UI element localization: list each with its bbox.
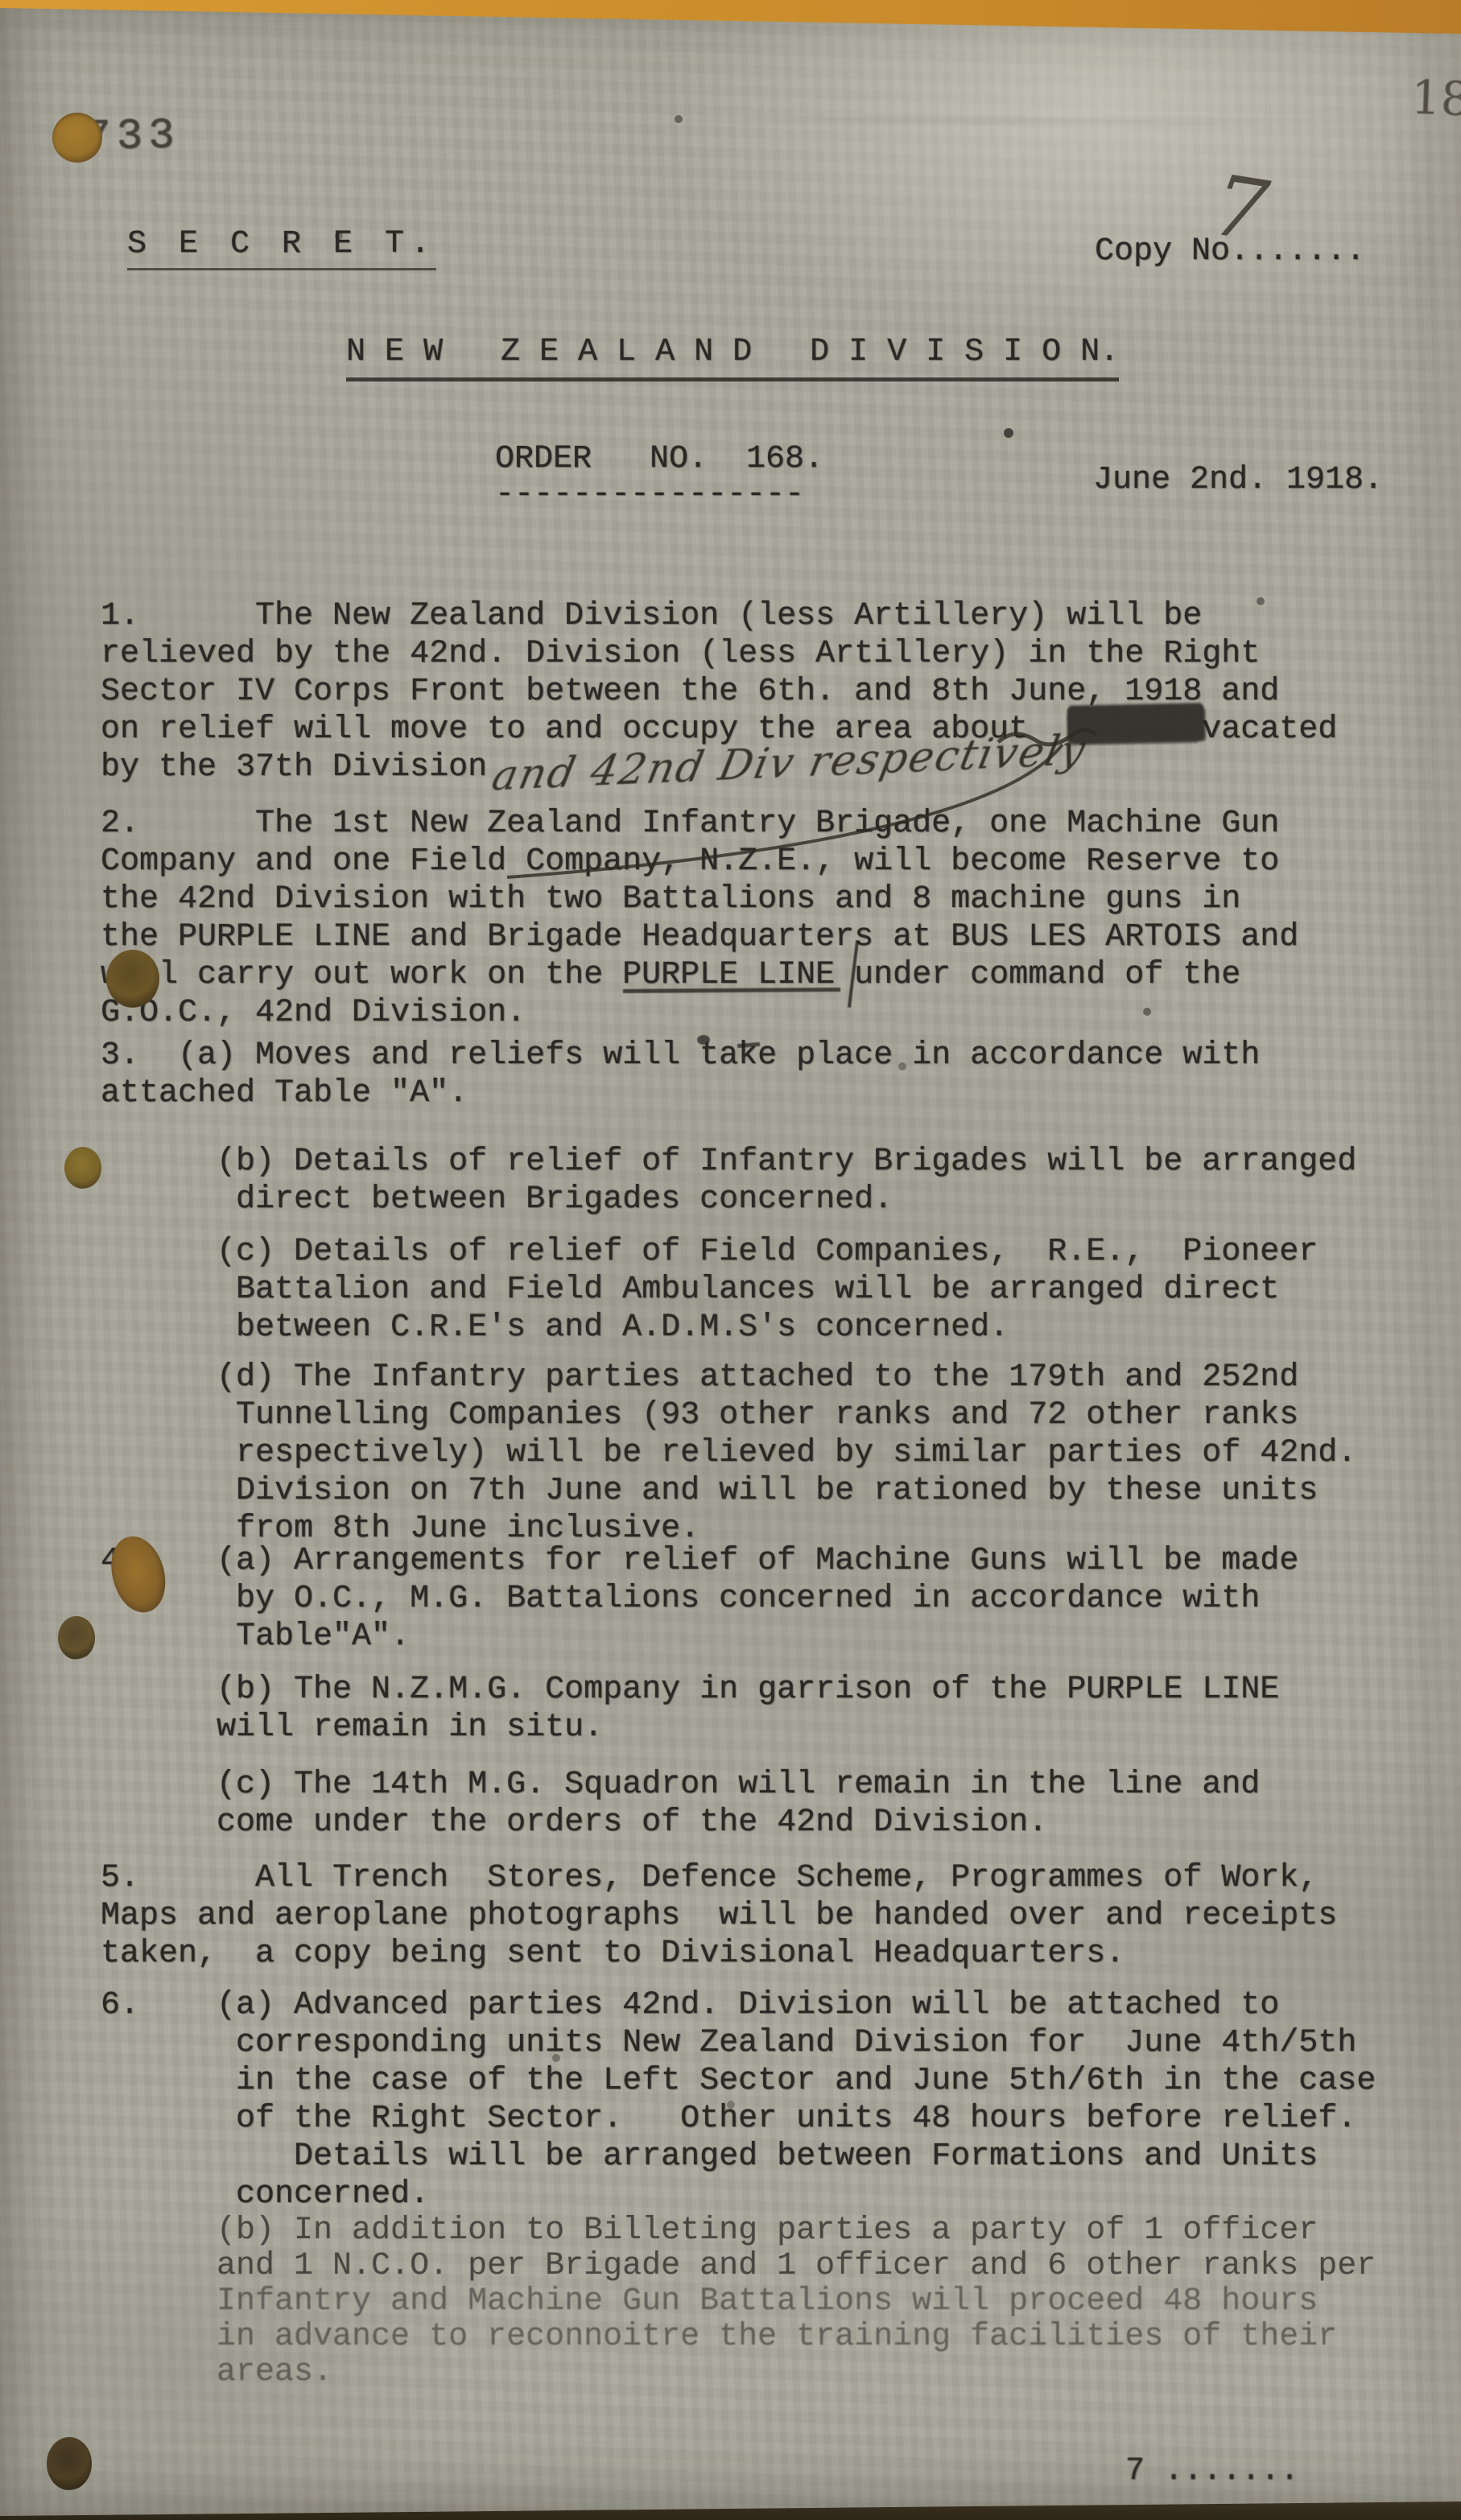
text-line: Details will be arranged between Formati… bbox=[101, 2138, 1376, 2176]
text-line: attached Table "A". bbox=[101, 1074, 1260, 1112]
text-line: in the case of the Left Sector and June … bbox=[101, 2062, 1376, 2100]
text-line: concerned. bbox=[101, 2176, 1376, 2213]
text-line: (c) The 14th M.G. Squadron will remain i… bbox=[101, 1766, 1260, 1804]
text-line: Division on 7th June and will be ratione… bbox=[101, 1472, 1356, 1510]
text-line: Maps and aeroplane photographs will be h… bbox=[101, 1897, 1337, 1935]
order-date: June 2nd. 1918. bbox=[1093, 462, 1383, 498]
text-line: G.O.C., 42nd Division. bbox=[101, 994, 1298, 1032]
text-line: in advance to reconnoitre the training f… bbox=[101, 2320, 1376, 2355]
paragraph-3b: (b) Details of relief of Infantry Brigad… bbox=[101, 1143, 1356, 1219]
page-footer: 7 ....... bbox=[1125, 2453, 1299, 2489]
paragraph-4b: (b) The N.Z.M.G. Company in garrison of … bbox=[101, 1671, 1279, 1747]
punch-hole bbox=[64, 1147, 101, 1189]
order-heading-underline: ---------------- bbox=[495, 476, 804, 513]
text-line: will remain in situ. bbox=[101, 1709, 1279, 1747]
paragraph-4a: 4. (a) Arrangements for relief of Machin… bbox=[101, 1542, 1298, 1656]
paragraph-4c: (c) The 14th M.G. Squadron will remain i… bbox=[101, 1766, 1260, 1842]
page-number-handwritten: 18 bbox=[1410, 70, 1461, 127]
text-line: 1. The New Zealand Division (less Artill… bbox=[101, 597, 1337, 635]
paragraph-3a: 3. (a) Moves and reliefs will take place… bbox=[101, 1037, 1260, 1112]
document-scan: 6733 18 S E C R E T. Copy No....... 7 N … bbox=[0, 0, 1461, 2520]
text-line: come under the orders of the 42nd Divisi… bbox=[101, 1804, 1260, 1842]
text-line: relieved by the 42nd. Division (less Art… bbox=[101, 635, 1337, 673]
punch-hole bbox=[52, 113, 102, 163]
text-line: 2. The 1st New Zealand Infantry Brigade,… bbox=[101, 805, 1298, 843]
paragraph-6b: (b) In addition to Billeting parties a p… bbox=[101, 2213, 1376, 2390]
text-line: Battalion and Field Ambulances will be a… bbox=[101, 1271, 1318, 1309]
text-line: by O.C., M.G. Battalions concerned in ac… bbox=[101, 1580, 1298, 1618]
punch-hole bbox=[58, 1616, 95, 1660]
text-line: (c) Details of relief of Field Companies… bbox=[101, 1233, 1318, 1271]
paragraph-6a: 6. (a) Advanced parties 42nd. Division w… bbox=[101, 1986, 1376, 2213]
text-line: (b) Details of relief of Infantry Brigad… bbox=[101, 1143, 1356, 1181]
text-line: 5. All Trench Stores, Defence Scheme, Pr… bbox=[101, 1859, 1337, 1897]
order-heading: ORDER NO. 168. bbox=[495, 441, 823, 477]
text-line: between C.R.E's and A.D.M.S's concerned. bbox=[101, 1309, 1318, 1347]
document-title: N E W Z E A L A N D D I V I S I O N. bbox=[346, 334, 1119, 382]
pencil-dot-mark bbox=[697, 1035, 710, 1045]
classification-label: S E C R E T. bbox=[127, 226, 436, 270]
text-line: direct between Brigades concerned. bbox=[101, 1181, 1356, 1219]
text-line: and 1 N.C.O. per Brigade and 1 officer a… bbox=[101, 2249, 1376, 2284]
text-line: taken, a copy being sent to Divisional H… bbox=[101, 1935, 1337, 1973]
text-line: (b) The N.Z.M.G. Company in garrison of … bbox=[101, 1671, 1279, 1709]
text-line: the PURPLE LINE and Brigade Headquarters… bbox=[101, 918, 1298, 956]
text-line: 3. (a) Moves and reliefs will take place… bbox=[101, 1037, 1260, 1074]
text-line: Company and one Field Company, N.Z.E., w… bbox=[101, 843, 1298, 881]
text-line: areas. bbox=[101, 2355, 1376, 2390]
paragraph-5: 5. All Trench Stores, Defence Scheme, Pr… bbox=[101, 1859, 1337, 1973]
paragraph-2: 2. The 1st New Zealand Infantry Brigade,… bbox=[101, 805, 1298, 1032]
text-line: the 42nd Division with two Battalions an… bbox=[101, 881, 1298, 918]
punch-hole bbox=[47, 2437, 92, 2490]
text-line: (d) The Infantry parties attached to the… bbox=[101, 1359, 1356, 1396]
paper-sheet: 6733 18 S E C R E T. Copy No....... 7 N … bbox=[0, 0, 1461, 2520]
text-line: 4. (a) Arrangements for relief of Machin… bbox=[101, 1542, 1298, 1580]
paragraph-3c: (c) Details of relief of Field Companies… bbox=[101, 1233, 1318, 1347]
text-line: (b) In addition to Billeting parties a p… bbox=[101, 2213, 1376, 2249]
ink-specks bbox=[0, 0, 5, 5]
paragraph-3d: (d) The Infantry parties attached to the… bbox=[101, 1359, 1356, 1548]
punch-hole bbox=[106, 950, 159, 1008]
text-line: respectively) will be relieved by simila… bbox=[101, 1434, 1356, 1472]
text-line: Table"A". bbox=[101, 1618, 1298, 1656]
text-line: corresponding units New Zealand Division… bbox=[101, 2024, 1376, 2062]
text-line: 6. (a) Advanced parties 42nd. Division w… bbox=[101, 1986, 1376, 2024]
text-line: Infantry and Machine Gun Battalions will… bbox=[101, 2284, 1376, 2320]
text-line: Tunnelling Companies (93 other ranks and… bbox=[101, 1396, 1356, 1434]
text-line: of the Right Sector. Other units 48 hour… bbox=[101, 2100, 1376, 2138]
